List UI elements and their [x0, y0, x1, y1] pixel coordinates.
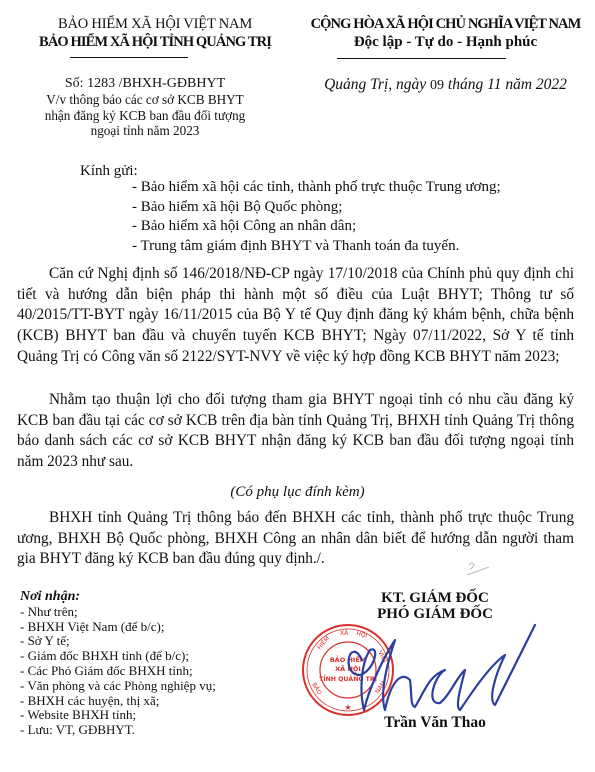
year-label: năm [505, 76, 532, 93]
distribution-item: - Văn phòng và các Phòng nghiệp vụ; [20, 679, 216, 694]
recipient-list: - Bảo hiểm xã hội các tỉnh, thành phố tr… [132, 178, 501, 256]
place-date-prefix: Quảng Trị, ngày [324, 76, 426, 93]
issuing-agency: BẢO HIỂM XÃ HỘI TỈNH QUẢNG TRỊ [10, 33, 300, 51]
subject-line: V/v thông báo các cơ sở KCB BHYT [30, 92, 260, 108]
handwritten-signature-icon [330, 615, 540, 725]
distribution-item: - Lưu: VT, GĐBHYT. [20, 723, 216, 738]
month-label: tháng [448, 76, 483, 93]
motto-underline [337, 58, 506, 59]
place-date: Quảng Trị, ngày 09 tháng 11 năm 2022 [296, 76, 595, 94]
distribution-item: - Sở Y tế; [20, 634, 216, 649]
recipient-item: - Bảo hiểm xã hội Bộ Quốc phòng; [132, 198, 501, 218]
national-heading-block: CỘNG HÒA XÃ HỘI CHỦ NGHĨA VIỆT NAM Độc l… [296, 15, 595, 51]
parent-agency: BẢO HIỂM XÃ HỘI VIỆT NAM [10, 15, 300, 33]
national-title: CỘNG HÒA XÃ HỘI CHỦ NGHĨA VIỆT NAM [296, 15, 595, 33]
paragraph-text: Căn cứ Nghị định số 146/2018/NĐ-CP ngày … [17, 265, 574, 365]
distribution-item: - BHXH các huyện, thị xã; [20, 694, 216, 709]
document-number: Số: 1283 /BHXH-GĐBHYT [30, 75, 260, 92]
recipient-item: - Bảo hiểm xã hội Công an nhân dân; [132, 217, 501, 237]
date-day: 09 [430, 78, 444, 93]
doc-number-label: Số: [65, 76, 84, 91]
recipient-item: - Bảo hiểm xã hội các tỉnh, thành phố tr… [132, 178, 501, 198]
distribution-item: - Website BHXH tỉnh; [20, 708, 216, 723]
appendix-note: (Có phụ lục đính kèm) [0, 484, 595, 501]
svg-text:BẢO: BẢO [310, 681, 324, 696]
subject-line: ngoại tỉnh năm 2023 [30, 123, 260, 139]
national-motto: Độc lập - Tự do - Hạnh phúc [296, 33, 595, 51]
on-behalf-label: KT. GIÁM ĐỐC [355, 590, 515, 606]
date-year: 2022 [536, 76, 567, 93]
distribution-item: - Các Phó Giám đốc BHXH tỉnh; [20, 664, 216, 679]
agency-underline [70, 57, 188, 58]
body-paragraph-purpose: Nhằm tạo thuận lợi cho đối tượng tham gi… [17, 390, 574, 473]
document-subject: V/v thông báo các cơ sở KCB BHYT nhận đă… [30, 92, 260, 139]
recipient-item: - Trung tâm giám định BHYT và Thanh toán… [132, 237, 501, 257]
distribution-list: Nơi nhận: - Như trên; - BHXH Việt Nam (đ… [20, 590, 216, 738]
signer-name: Trần Văn Thao [355, 714, 515, 732]
initial-paraph-icon [463, 559, 491, 579]
distribution-item: - BHXH Việt Nam (để b/c); [20, 620, 216, 635]
doc-number-value: 1283 [87, 76, 115, 91]
salutation-label: Kính gửi: [80, 163, 138, 180]
issuing-agency-block: BẢO HIỂM XÃ HỘI VIỆT NAM BẢO HIỂM XÃ HỘI… [10, 15, 300, 51]
doc-code: /BHXH-GĐBHYT [119, 76, 226, 91]
distribution-item: - Giám đốc BHXH tỉnh (để b/c); [20, 649, 216, 664]
subject-line: nhận đăng ký KCB ban đầu đối tượng [30, 108, 260, 124]
distribution-item: - Như trên; [20, 605, 216, 620]
date-month: 11 [487, 76, 501, 93]
distribution-title: Nơi nhận: [20, 590, 216, 605]
body-paragraph-legal-basis: Căn cứ Nghị định số 146/2018/NĐ-CP ngày … [17, 264, 574, 368]
paragraph-text: Nhằm tạo thuận lợi cho đối tượng tham gi… [17, 391, 574, 470]
